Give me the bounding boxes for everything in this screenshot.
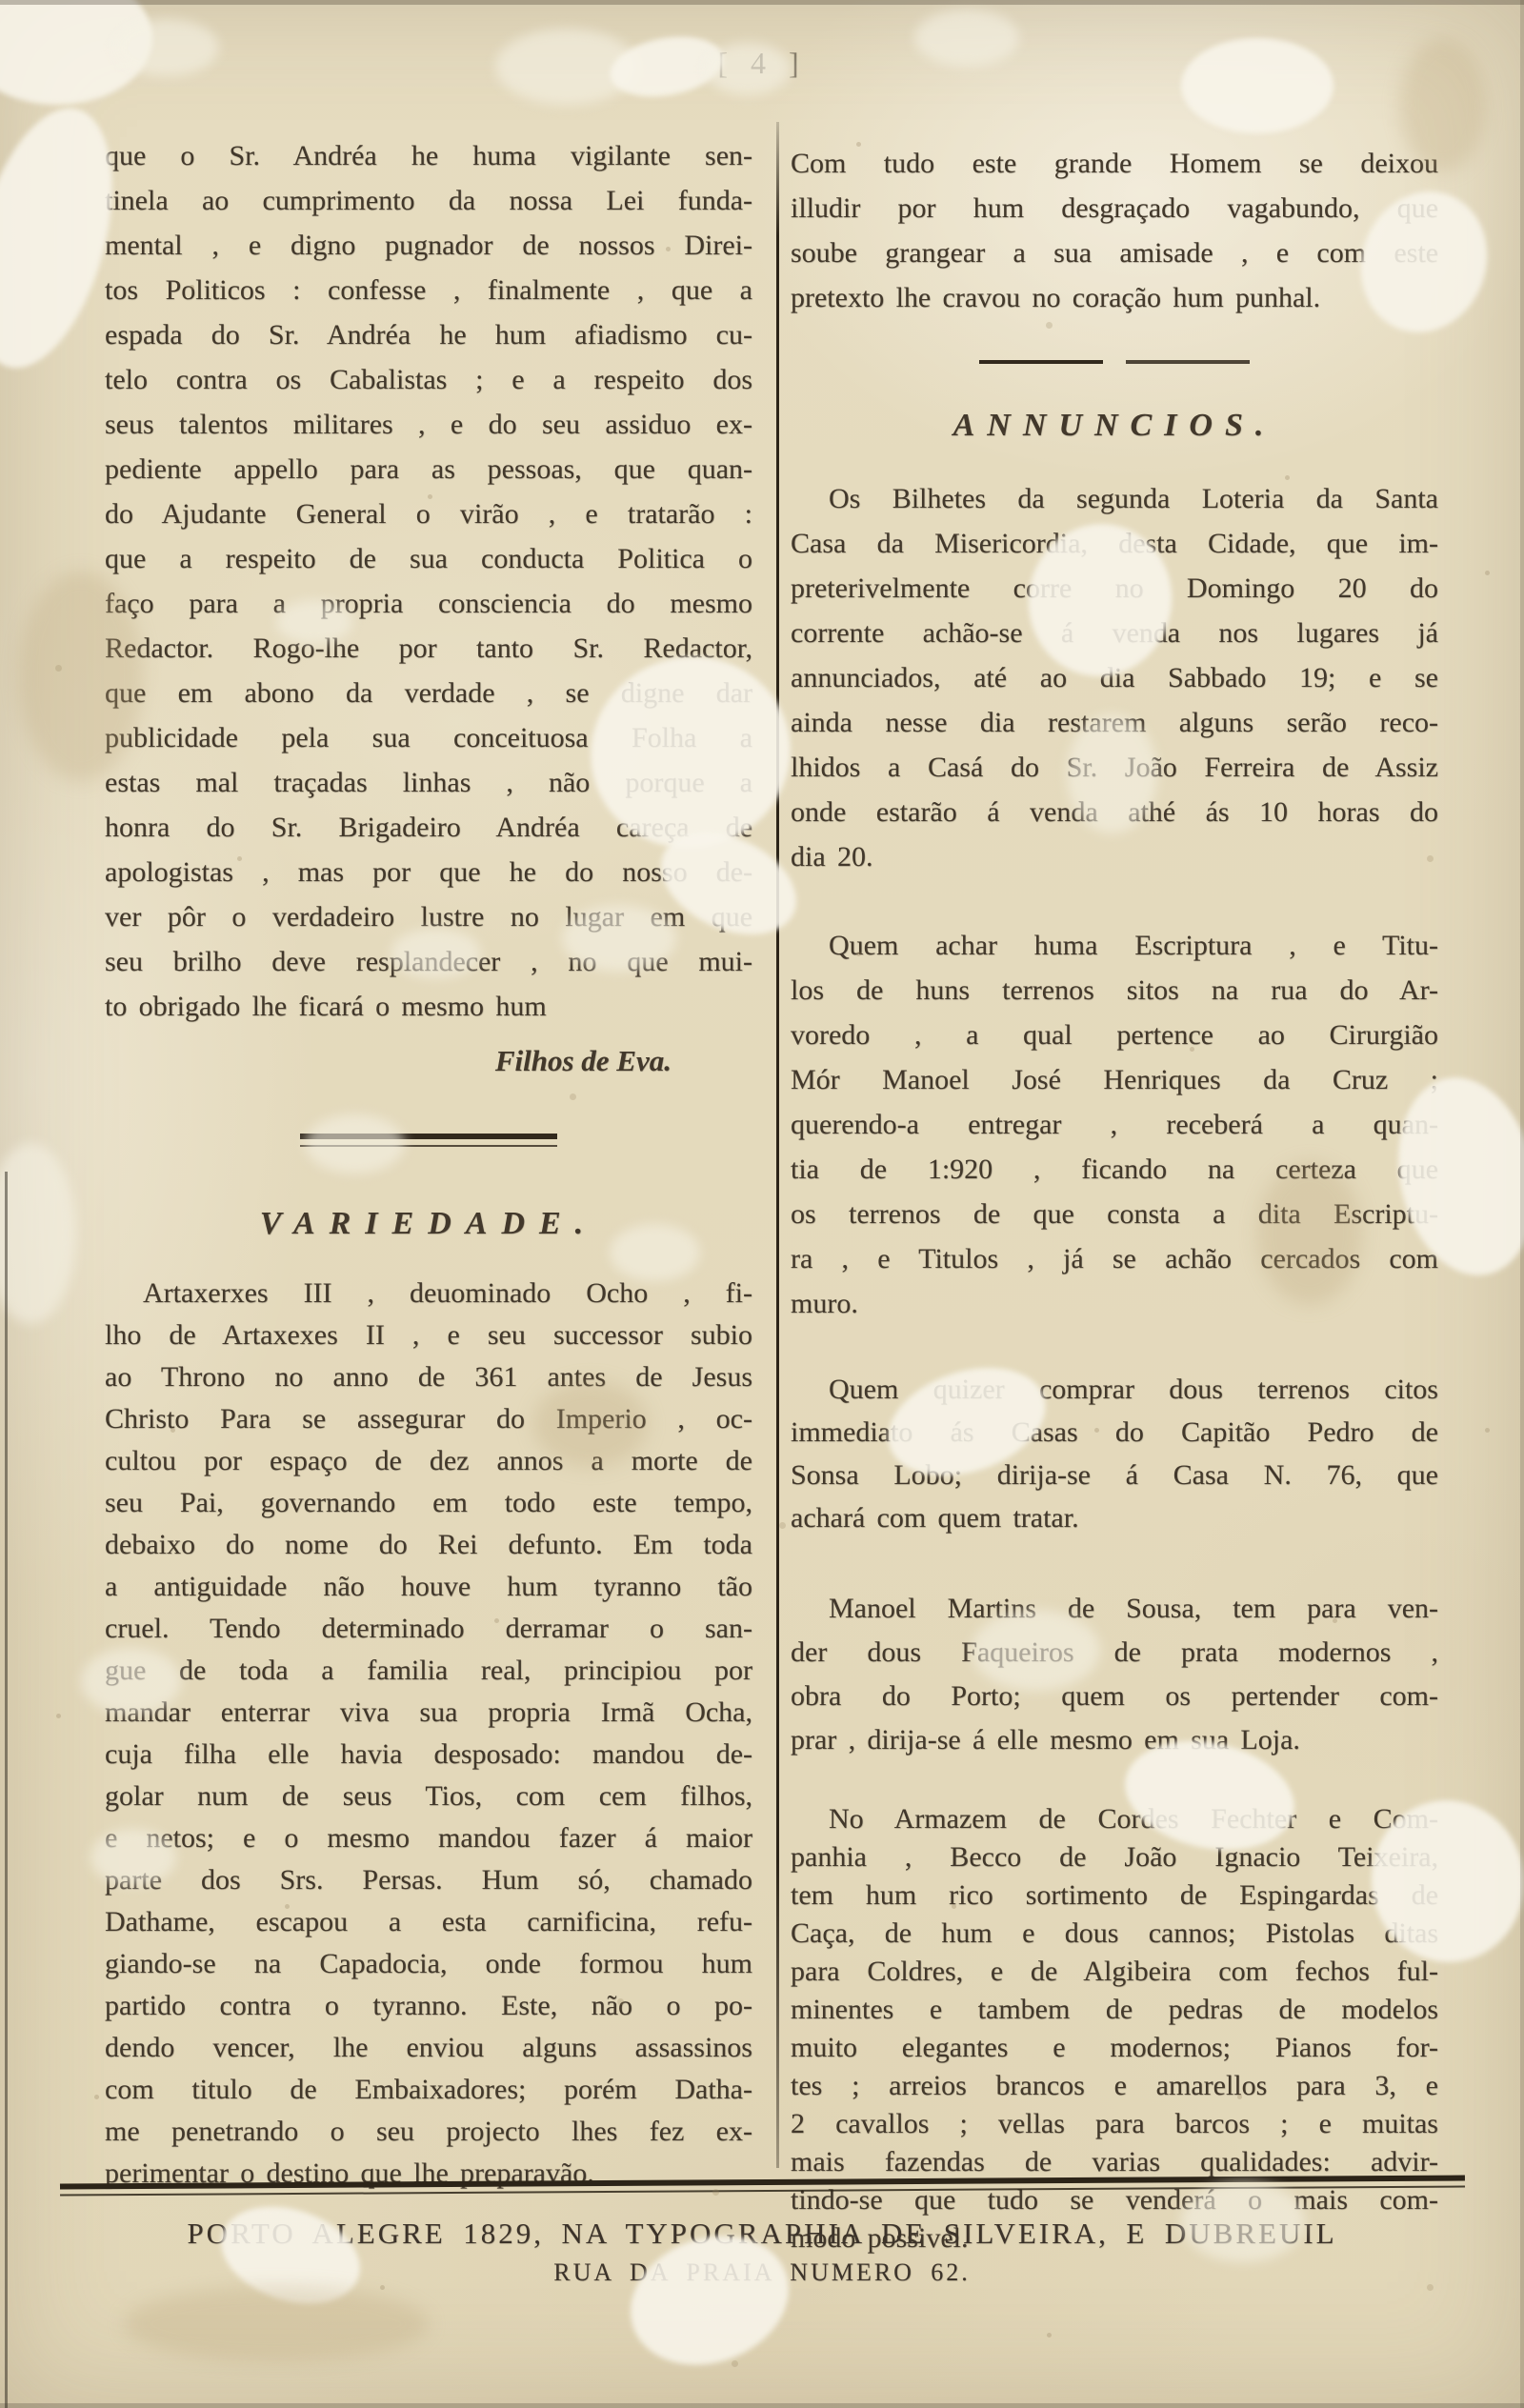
text-line: Caça, de hum e dous cannos; Pistolas dit… <box>791 1915 1438 1953</box>
paper-speckles <box>0 0 3 3</box>
section-divider-rule <box>300 1134 557 1147</box>
text-line: Quem quizer comprar dous terrenos citos <box>791 1368 1438 1411</box>
article-paragraph: que o Sr. Andréa he huma vigilante sen-t… <box>105 133 752 1029</box>
text-line: publicidade pela sua conceituosa Folha a <box>105 715 752 760</box>
text-line: preterivelmente corre no Domingo 20 do <box>791 566 1438 611</box>
text-line: golar num de seus Tios, com cem filhos, <box>105 1776 752 1817</box>
scan-edge-bottom <box>0 2403 1524 2408</box>
text-line: tinela ao cumprimento da nossa Lei funda… <box>105 178 752 223</box>
text-line: mental , e digno pugnador de nossos Dire… <box>105 223 752 268</box>
announcement-escriptura: Quem achar huma Escriptura , e Titu-los … <box>791 923 1438 1326</box>
text-line: illudir por hum desgraçado vagabundo, qu… <box>791 186 1438 231</box>
text-line: los de huns terrenos sitos na rua do Ar- <box>791 968 1438 1013</box>
text-line: parte dos Srs. Persas. Hum só, chamado <box>105 1859 752 1901</box>
text-line: dia 20. <box>791 834 1438 879</box>
text-line: cruel. Tendo determinado derramar o san- <box>105 1608 752 1650</box>
text-line: Christo Para se assegurar do Imperio , o… <box>105 1398 752 1440</box>
text-line: mandar enterrar viva sua propria Irmã Oc… <box>105 1692 752 1734</box>
annuncios-divider-rule <box>972 360 1257 364</box>
text-line: e netos; e o mesmo mandou fazer á maior <box>105 1817 752 1859</box>
text-line: corrente achão-se á venda nos lugares já <box>791 611 1438 655</box>
text-line: dendo vencer, lhe enviou alguns assassin… <box>105 2027 752 2069</box>
imprint-footer: PORTO ALEGRE 1829, NA TYPOGRAPHIA DE SIL… <box>0 2179 1524 2287</box>
text-line: Mór Manoel José Henriques da Cruz ; <box>791 1057 1438 1102</box>
text-line: ainda nesse dia restarem alguns serão re… <box>791 700 1438 745</box>
text-line: Dathame, escapou a esta carnificina, ref… <box>105 1901 752 1943</box>
text-line: cuja filha elle havia desposado: mandou … <box>105 1734 752 1776</box>
text-line: No Armazem de Cordes Fechter e Com- <box>791 1800 1438 1838</box>
text-line: annunciados, até ao dia Sabbado 19; e se <box>791 655 1438 700</box>
page-number: [ 4 ] <box>667 46 857 81</box>
text-line: faço para a propria consciencia do mesmo <box>105 581 752 626</box>
text-line: com titulo de Embaixadores; porém Datha- <box>105 2069 752 2111</box>
announcement-faqueiros: Manoel Martins de Sousa, tem para ven-de… <box>791 1587 1438 1762</box>
scan-edge-top <box>0 0 1524 5</box>
text-line: tia de 1:920 , ficando na certeza que <box>791 1147 1438 1192</box>
text-line: honra do Sr. Brigadeiro Andréa careça de <box>105 805 752 850</box>
text-line: Manoel Martins de Sousa, tem para ven- <box>791 1587 1438 1631</box>
variedade-paragraph: Artaxerxes III , deuominado Ocho , fi-lh… <box>105 1273 752 2195</box>
text-line: gue de toda a familia real, principiou p… <box>105 1650 752 1692</box>
text-line: seus talentos militares , e do seu assid… <box>105 402 752 447</box>
text-line: panhia , Becco de João Ignacio Teixeira, <box>791 1838 1438 1876</box>
text-line: prar , dirija-se á elle mesmo em sua Loj… <box>791 1718 1438 1762</box>
text-line: Quem achar huma Escriptura , e Titu- <box>791 923 1438 968</box>
text-line: me penetrando o seu projecto lhes fez ex… <box>105 2111 752 2153</box>
text-line: que em abono da verdade , se digne dar <box>105 671 752 715</box>
text-line: ver pôr o verdadeiro lustre no lugar em … <box>105 894 752 939</box>
text-line: Sonsa Lobo; dirija-se á Casa N. 76, que <box>791 1454 1438 1496</box>
text-line: achará com quem tratar. <box>791 1496 1438 1539</box>
text-line: Com tudo este grande Homem se deixou <box>791 141 1438 186</box>
text-line: ao Throno no anno de 361 antes de Jesus <box>105 1356 752 1398</box>
text-line: seu Pai, governando em todo este tempo, <box>105 1482 752 1524</box>
text-line: Redactor. Rogo-lhe por tanto Sr. Redacto… <box>105 626 752 671</box>
text-line: partido contra o tyranno. Este, não o po… <box>105 1985 752 2027</box>
text-line: que o Sr. Andréa he huma vigilante sen- <box>105 133 752 178</box>
text-line: Casa da Misericordia, desta Cidade, que … <box>791 521 1438 566</box>
text-line: der dous Faqueiros de prata modernos , <box>791 1631 1438 1675</box>
text-line: Os Bilhetes da segunda Loteria da Santa <box>791 476 1438 521</box>
scan-edge-right <box>1520 0 1524 2408</box>
text-line: telo contra os Cabalistas ; e a respeito… <box>105 357 752 402</box>
announcement-lottery: Os Bilhetes da segunda Loteria da SantaC… <box>791 476 1438 879</box>
text-line: estas mal traçadas linhas , não porque a <box>105 760 752 805</box>
text-line: a antiguidade não houve hum tyranno tão <box>105 1566 752 1608</box>
announcement-terrenos: Quem quizer comprar dous terrenos citosi… <box>791 1368 1438 1539</box>
annuncios-heading: ANNUNCIOS. <box>791 408 1438 444</box>
text-line: lhidos a Casá do Sr. João Ferreira de As… <box>791 745 1438 790</box>
text-line: ra , e Titulos , já se achão cercados co… <box>791 1236 1438 1281</box>
intro-paragraph: Com tudo este grande Homem se deixouillu… <box>791 141 1438 320</box>
text-line: espada do Sr. Andréa he hum afiadismo cu… <box>105 312 752 357</box>
text-line: obra do Porto; quem os pertender com- <box>791 1675 1438 1718</box>
text-line: apologistas , mas por que he do nosso de… <box>105 850 752 894</box>
left-column: que o Sr. Andréa he huma vigilante sen-t… <box>105 112 752 2195</box>
newspaper-page: [ 4 ] que o Sr. Andréa he huma vigilante… <box>0 0 1524 2408</box>
imprint-line1: PORTO ALEGRE 1829, NA TYPOGRAPHIA DE SIL… <box>0 2217 1524 2251</box>
text-line: seu brilho deve resplandecer , no que mu… <box>105 939 752 984</box>
article-signature: Filhos de Eva. <box>105 1044 752 1078</box>
text-line: debaixo do nome do Rei defunto. Em toda <box>105 1524 752 1566</box>
variedade-heading: VARIEDADE. <box>105 1206 752 1242</box>
text-line: Artaxerxes III , deuominado Ocho , fi- <box>105 1273 752 1314</box>
text-line: giando-se na Capadocia, onde formou hum <box>105 1943 752 1985</box>
right-column: Com tudo este grande Homem se deixouillu… <box>791 112 1438 2257</box>
text-line: muito elegantes e modernos; Pianos for- <box>791 2029 1438 2067</box>
text-line: tem hum rico sortimento de Espingardas d… <box>791 1876 1438 1915</box>
text-line: tes ; arreios brancos e amarellos para 3… <box>791 2067 1438 2105</box>
text-line: cultou por espaço de dez annos a morte d… <box>105 1440 752 1482</box>
text-line: immediato ás Casas do Capitão Pedro de <box>791 1411 1438 1454</box>
text-line: pediente appello para as pessoas, que qu… <box>105 447 752 492</box>
text-line: tos Politicos : confesse , finalmente , … <box>105 268 752 312</box>
text-line: minentes e tambem de pedras de modelos <box>791 1991 1438 2029</box>
text-line: lho de Artaxexes II , e seu successor su… <box>105 1314 752 1356</box>
text-line: 2 cavallos ; vellas para barcos ; e muit… <box>791 2105 1438 2143</box>
text-line: os terrenos de que consta a dita Escript… <box>791 1192 1438 1236</box>
text-line: voredo , a qual pertence ao Cirurgião <box>791 1013 1438 1057</box>
text-line: que a respeito de sua conducta Politica … <box>105 536 752 581</box>
text-line: para Coldres, e de Algibeira com fechos … <box>791 1953 1438 1991</box>
text-line: pretexto lhe cravou no coração hum punha… <box>791 275 1438 320</box>
text-line: soube grangear a sua amisade , e com est… <box>791 231 1438 275</box>
text-line: to obrigado lhe ficará o mesmo hum <box>105 984 752 1029</box>
text-line: do Ajudante General o virão , e tratarão… <box>105 492 752 536</box>
text-line: querendo-a entregar , receberá a quan- <box>791 1102 1438 1147</box>
text-line: onde estarão á venda athé ás 10 horas do <box>791 790 1438 834</box>
imprint-line2: RUA DA PRAIA NUMERO 62. <box>0 2258 1524 2287</box>
column-divider-rule <box>776 122 779 2168</box>
text-line: muro. <box>791 1281 1438 1326</box>
